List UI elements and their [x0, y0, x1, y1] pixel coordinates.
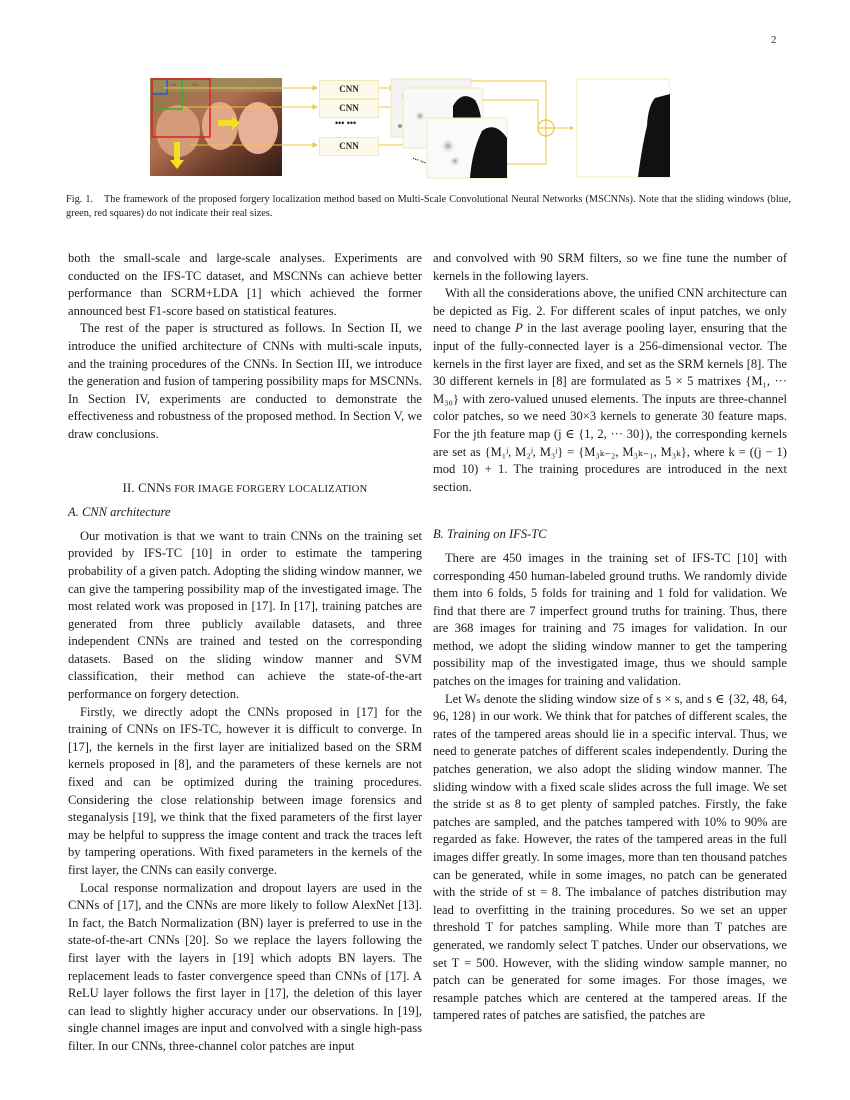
- paragraph: Our motivation is that we want to train …: [68, 528, 422, 704]
- paragraph: With all the considerations above, the u…: [433, 285, 787, 496]
- cnn-box-3: CNN: [319, 137, 379, 156]
- figure-1-framework-diagram: ••• ••• ••• •••: [150, 76, 670, 180]
- input-photo: [150, 78, 282, 176]
- paragraph: The rest of the paper is structured as f…: [68, 320, 422, 443]
- text-run: in the last average pooling layer, ensur…: [433, 321, 787, 493]
- section-heading: II. CNNs for image forgery localization: [68, 480, 422, 499]
- paragraph: both the small-scale and large-scale ana…: [68, 250, 422, 320]
- section-title-lead: CNN: [138, 481, 165, 495]
- page-number: 2: [771, 34, 777, 46]
- tampering-possibility-maps: ••• •••: [391, 79, 507, 178]
- section-title-rest: s for image forgery localization: [165, 484, 367, 495]
- localization-result: [577, 79, 670, 177]
- paragraph: Let Wₛ denote the sliding window size of…: [433, 691, 787, 1025]
- figure-caption: Fig. 1. The framework of the proposed fo…: [66, 193, 791, 220]
- math-symbol: P: [515, 321, 523, 335]
- paragraph: There are 450 images in the training set…: [433, 550, 787, 691]
- figure-caption-text: The framework of the proposed forgery lo…: [66, 194, 791, 219]
- svg-text:••• •••: ••• •••: [411, 156, 426, 166]
- subsection-heading: B. Training on IFS-TC: [433, 526, 787, 544]
- right-column: and convolved with 90 SRM filters, so we…: [433, 250, 787, 1025]
- cnn-ellipsis: ••• •••: [335, 118, 356, 128]
- left-column: both the small-scale and large-scale ana…: [68, 250, 422, 1056]
- subsection-heading: A. CNN architecture: [68, 504, 422, 522]
- figure-label: Fig. 1.: [66, 194, 93, 205]
- paragraph: Local response normalization and dropout…: [68, 880, 422, 1056]
- cnn-box-2: CNN: [319, 99, 379, 118]
- paragraph: and convolved with 90 SRM filters, so we…: [433, 250, 787, 285]
- framework-diagram: ••• ••• ••• •••: [150, 76, 670, 180]
- paragraph: Firstly, we directly adopt the CNNs prop…: [68, 704, 422, 880]
- section-number: II.: [123, 481, 135, 495]
- cnn-box-1: CNN: [319, 80, 379, 99]
